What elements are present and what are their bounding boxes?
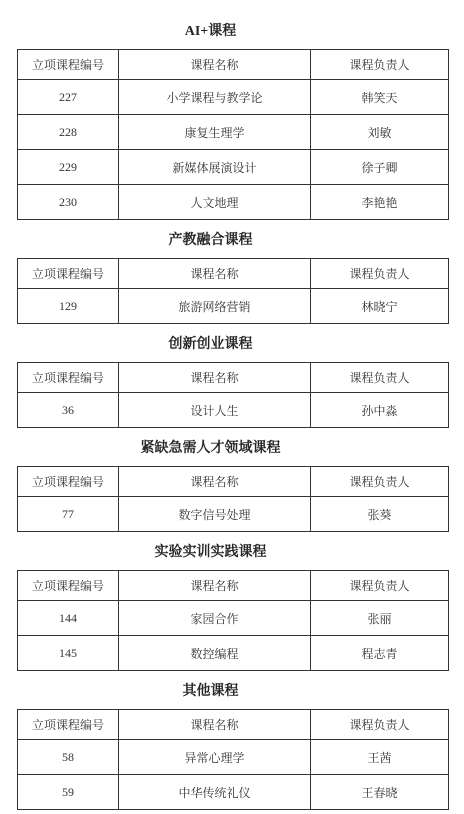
- course-id-cell: 145: [18, 636, 119, 671]
- course-name-cell: 康复生理学: [119, 115, 311, 150]
- column-header-course-leader: 课程负责人: [311, 571, 449, 601]
- course-table: 立项课程编号课程名称课程负责人77数字信号处理张葵: [17, 466, 449, 532]
- course-id-cell: 59: [18, 775, 119, 810]
- course-name-cell: 设计人生: [119, 393, 311, 428]
- course-id-cell: 230: [18, 185, 119, 220]
- course-name-cell: 数字信号处理: [119, 497, 311, 532]
- table-row: 230人文地理李艳艳: [18, 185, 449, 220]
- section-title: 其他课程: [0, 684, 426, 699]
- column-header-course-id: 立项课程编号: [18, 710, 119, 740]
- course-name-cell: 异常心理学: [119, 740, 311, 775]
- course-leader-cell: 王茜: [311, 740, 449, 775]
- table-row: 58异常心理学王茜: [18, 740, 449, 775]
- course-name-cell: 新媒体展演设计: [119, 150, 311, 185]
- column-header-course-id: 立项课程编号: [18, 259, 119, 289]
- course-name-cell: 中华传统礼仪: [119, 775, 311, 810]
- course-leader-cell: 张葵: [311, 497, 449, 532]
- column-header-course-leader: 课程负责人: [311, 50, 449, 80]
- column-header-course-id: 立项课程编号: [18, 363, 119, 393]
- course-leader-cell: 刘敏: [311, 115, 449, 150]
- column-header-course-name: 课程名称: [119, 363, 311, 393]
- course-section: AI+课程立项课程编号课程名称课程负责人227小学课程与教学论韩笑天228康复生…: [17, 24, 448, 220]
- course-table: 立项课程编号课程名称课程负责人144家园合作张丽145数控编程程志青: [17, 570, 449, 671]
- course-id-cell: 227: [18, 80, 119, 115]
- table-row: 144家园合作张丽: [18, 601, 449, 636]
- header-row: 立项课程编号课程名称课程负责人: [18, 710, 449, 740]
- column-header-course-name: 课程名称: [119, 571, 311, 601]
- course-name-cell: 小学课程与教学论: [119, 80, 311, 115]
- column-header-course-name: 课程名称: [119, 710, 311, 740]
- header-row: 立项课程编号课程名称课程负责人: [18, 363, 449, 393]
- course-section: 其他课程立项课程编号课程名称课程负责人58异常心理学王茜59中华传统礼仪王春晓: [17, 684, 448, 810]
- course-name-cell: 旅游网络营销: [119, 289, 311, 324]
- course-table: 立项课程编号课程名称课程负责人227小学课程与教学论韩笑天228康复生理学刘敏2…: [17, 49, 449, 220]
- course-id-cell: 229: [18, 150, 119, 185]
- course-table: 立项课程编号课程名称课程负责人36设计人生孙中淼: [17, 362, 449, 428]
- column-header-course-leader: 课程负责人: [311, 363, 449, 393]
- table-row: 36设计人生孙中淼: [18, 393, 449, 428]
- table-row: 228康复生理学刘敏: [18, 115, 449, 150]
- section-title: 实验实训实践课程: [0, 545, 426, 560]
- column-header-course-leader: 课程负责人: [311, 467, 449, 497]
- section-title: 产教融合课程: [0, 233, 426, 248]
- course-id-cell: 144: [18, 601, 119, 636]
- header-row: 立项课程编号课程名称课程负责人: [18, 571, 449, 601]
- course-table: 立项课程编号课程名称课程负责人129旅游网络营销林晓宁: [17, 258, 449, 324]
- course-id-cell: 228: [18, 115, 119, 150]
- course-id-cell: 129: [18, 289, 119, 324]
- course-section: 紧缺急需人才领域课程立项课程编号课程名称课程负责人77数字信号处理张葵: [17, 441, 448, 532]
- column-header-course-id: 立项课程编号: [18, 467, 119, 497]
- course-section: 实验实训实践课程立项课程编号课程名称课程负责人144家园合作张丽145数控编程程…: [17, 545, 448, 671]
- course-leader-cell: 孙中淼: [311, 393, 449, 428]
- table-row: 229新媒体展演设计徐子卿: [18, 150, 449, 185]
- column-header-course-name: 课程名称: [119, 467, 311, 497]
- column-header-course-name: 课程名称: [119, 259, 311, 289]
- course-name-cell: 人文地理: [119, 185, 311, 220]
- course-leader-cell: 林晓宁: [311, 289, 449, 324]
- course-leader-cell: 王春晓: [311, 775, 449, 810]
- section-title: 紧缺急需人才领域课程: [0, 441, 426, 456]
- column-header-course-leader: 课程负责人: [311, 710, 449, 740]
- course-id-cell: 36: [18, 393, 119, 428]
- header-row: 立项课程编号课程名称课程负责人: [18, 259, 449, 289]
- column-header-course-name: 课程名称: [119, 50, 311, 80]
- course-list-document: AI+课程立项课程编号课程名称课程负责人227小学课程与教学论韩笑天228康复生…: [0, 0, 464, 810]
- course-name-cell: 数控编程: [119, 636, 311, 671]
- course-section: 创新创业课程立项课程编号课程名称课程负责人36设计人生孙中淼: [17, 337, 448, 428]
- table-row: 145数控编程程志青: [18, 636, 449, 671]
- column-header-course-id: 立项课程编号: [18, 50, 119, 80]
- course-section: 产教融合课程立项课程编号课程名称课程负责人129旅游网络营销林晓宁: [17, 233, 448, 324]
- course-leader-cell: 张丽: [311, 601, 449, 636]
- section-title: AI+课程: [0, 24, 426, 39]
- course-name-cell: 家园合作: [119, 601, 311, 636]
- header-row: 立项课程编号课程名称课程负责人: [18, 50, 449, 80]
- course-leader-cell: 李艳艳: [311, 185, 449, 220]
- table-row: 59中华传统礼仪王春晓: [18, 775, 449, 810]
- table-row: 227小学课程与教学论韩笑天: [18, 80, 449, 115]
- table-row: 77数字信号处理张葵: [18, 497, 449, 532]
- course-leader-cell: 韩笑天: [311, 80, 449, 115]
- course-table: 立项课程编号课程名称课程负责人58异常心理学王茜59中华传统礼仪王春晓: [17, 709, 449, 810]
- course-leader-cell: 程志青: [311, 636, 449, 671]
- course-id-cell: 58: [18, 740, 119, 775]
- course-id-cell: 77: [18, 497, 119, 532]
- column-header-course-leader: 课程负责人: [311, 259, 449, 289]
- course-leader-cell: 徐子卿: [311, 150, 449, 185]
- header-row: 立项课程编号课程名称课程负责人: [18, 467, 449, 497]
- section-title: 创新创业课程: [0, 337, 426, 352]
- table-row: 129旅游网络营销林晓宁: [18, 289, 449, 324]
- column-header-course-id: 立项课程编号: [18, 571, 119, 601]
